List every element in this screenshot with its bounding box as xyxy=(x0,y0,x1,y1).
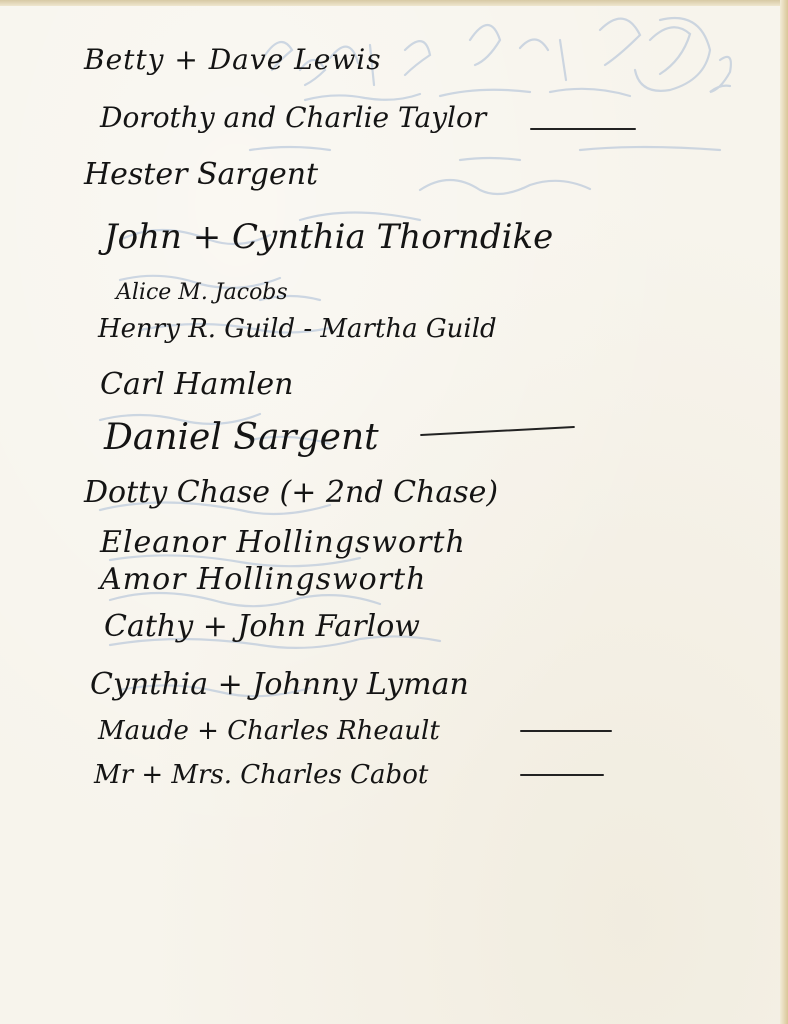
guest-entry: Hester Sargent xyxy=(84,160,318,190)
guest-entry: Carl Hamlen xyxy=(100,370,293,400)
guest-entry: Eleanor Hollingsworth xyxy=(100,528,466,558)
guest-entry: Maude + Charles Rheault xyxy=(98,718,440,744)
flourish-stroke xyxy=(520,730,612,732)
guest-entry: Dorothy and Charlie Taylor xyxy=(100,104,486,132)
guest-entry: John + Cynthia Thorndike xyxy=(104,220,553,254)
guest-entries: Betty + Dave Lewis Dorothy and Charlie T… xyxy=(0,0,788,1024)
guest-entry: Cynthia + Johnny Lyman xyxy=(90,670,469,700)
guest-entry: Henry R. Guild - Martha Guild xyxy=(98,316,497,342)
flourish-stroke xyxy=(520,774,604,776)
guest-entry: Betty + Dave Lewis xyxy=(84,46,382,74)
flourish-stroke xyxy=(420,426,575,436)
guest-entry: Amor Hollingsworth xyxy=(100,565,426,595)
guest-entry: Dotty Chase (+ 2nd Chase) xyxy=(84,478,498,508)
guest-entry: Daniel Sargent xyxy=(104,420,379,456)
guest-book-page: Betty + Dave Lewis Dorothy and Charlie T… xyxy=(0,0,788,1024)
guest-entry: Mr + Mrs. Charles Cabot xyxy=(94,762,428,788)
guest-entry: Cathy + John Farlow xyxy=(104,612,420,642)
guest-entry: Alice M. Jacobs xyxy=(116,282,288,304)
underline-stroke xyxy=(530,128,636,130)
